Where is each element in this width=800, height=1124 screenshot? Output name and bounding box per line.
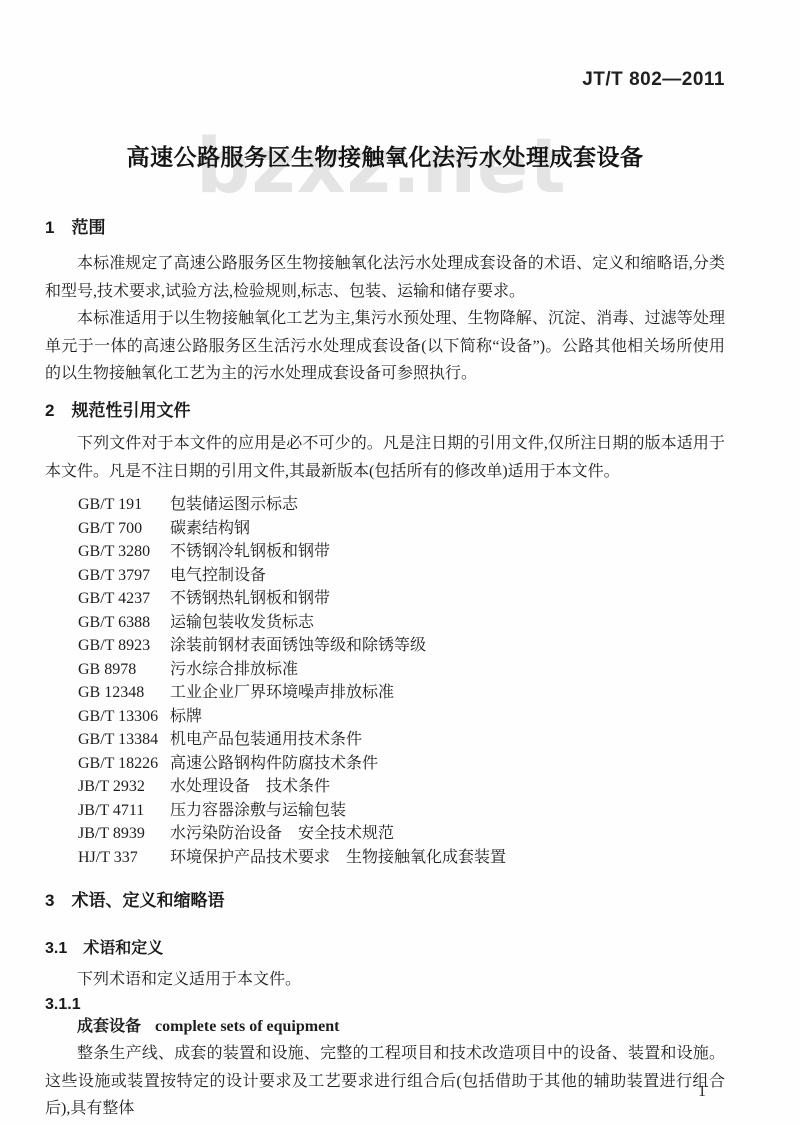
reference-title: 不锈钢冷轧钢板和钢带 bbox=[170, 540, 725, 564]
reference-item: JB/T 8939水污染防治设备 安全技术规范 bbox=[78, 822, 725, 846]
section-3-1-intro: 下列术语和定义适用于本文件。 bbox=[45, 966, 725, 994]
reference-code: JB/T 2932 bbox=[78, 775, 170, 799]
reference-code: GB 8978 bbox=[78, 658, 170, 682]
reference-title: 标牌 bbox=[170, 705, 725, 729]
section-2-intro: 下列文件对于本文件的应用是必不可少的。凡是注日期的引用文件,仅所注日期的版本适用… bbox=[45, 430, 725, 485]
reference-item: GB/T 3797电气控制设备 bbox=[78, 564, 725, 588]
reference-code: GB/T 13384 bbox=[78, 728, 170, 752]
reference-title: 污水综合排放标准 bbox=[170, 658, 725, 682]
reference-item: JB/T 2932水处理设备 技术条件 bbox=[78, 775, 725, 799]
term-definition-body: 整条生产线、成套的装置和设施、完整的工程项目和技术改造项目中的设备、装置和设施。… bbox=[45, 1040, 725, 1123]
document-page: bzxz.net JT/T 802—2011 高速公路服务区生物接触氧化法污水处… bbox=[0, 0, 800, 1124]
reference-code: JB/T 4711 bbox=[78, 799, 170, 823]
section-1-paragraph-1: 本标准规定了高速公路服务区生物接触氧化法污水处理成套设备的术语、定义和缩略语,分… bbox=[45, 250, 725, 305]
reference-item: GB/T 4237不锈钢热轧钢板和钢带 bbox=[78, 587, 725, 611]
standard-code: JT/T 802—2011 bbox=[45, 0, 725, 90]
reference-title: 环境保护产品技术要求 生物接触氧化成套装置 bbox=[170, 846, 725, 870]
section-2-heading: 2 规范性引用文件 bbox=[45, 401, 725, 421]
term-definition-title: 成套设备complete sets of equipment bbox=[45, 1014, 725, 1040]
reference-code: GB/T 13306 bbox=[78, 705, 170, 729]
reference-item: GB 12348工业企业厂界环境噪声排放标准 bbox=[78, 681, 725, 705]
section-1-heading: 1 范围 bbox=[45, 218, 725, 238]
reference-item: GB/T 191包装储运图示标志 bbox=[78, 493, 725, 517]
reference-item: HJ/T 337环境保护产品技术要求 生物接触氧化成套装置 bbox=[78, 846, 725, 870]
reference-item: GB/T 700碳素结构钢 bbox=[78, 517, 725, 541]
section-3-1-heading: 3.1 术语和定义 bbox=[45, 939, 725, 958]
references-list: GB/T 191包装储运图示标志GB/T 700碳素结构钢GB/T 3280不锈… bbox=[45, 493, 725, 869]
reference-item: GB 8978污水综合排放标准 bbox=[78, 658, 725, 682]
reference-title: 包装储运图示标志 bbox=[170, 493, 725, 517]
reference-item: GB/T 13384机电产品包装通用技术条件 bbox=[78, 728, 725, 752]
reference-item: GB/T 3280不锈钢冷轧钢板和钢带 bbox=[78, 540, 725, 564]
section-3-heading: 3 术语、定义和缩略语 bbox=[45, 891, 725, 911]
reference-code: HJ/T 337 bbox=[78, 846, 170, 870]
page-content: JT/T 802—2011 高速公路服务区生物接触氧化法污水处理成套设备 1 范… bbox=[0, 0, 800, 1123]
reference-item: GB/T 13306标牌 bbox=[78, 705, 725, 729]
reference-code: GB 12348 bbox=[78, 681, 170, 705]
reference-code: GB/T 3797 bbox=[78, 564, 170, 588]
reference-code: JB/T 8939 bbox=[78, 822, 170, 846]
reference-title: 工业企业厂界环境噪声排放标准 bbox=[170, 681, 725, 705]
section-3-1-1-number: 3.1.1 bbox=[45, 995, 725, 1014]
reference-item: GB/T 8923涂装前钢材表面锈蚀等级和除锈等级 bbox=[78, 634, 725, 658]
reference-code: GB/T 8923 bbox=[78, 634, 170, 658]
reference-title: 电气控制设备 bbox=[170, 564, 725, 588]
reference-title: 运输包装收发货标志 bbox=[170, 611, 725, 635]
term-english: complete sets of equipment bbox=[155, 1018, 339, 1035]
section-1-paragraph-2: 本标准适用于以生物接触氧化工艺为主,集污水预处理、生物降解、沉淀、消毒、过滤等处… bbox=[45, 305, 725, 388]
reference-code: GB/T 700 bbox=[78, 517, 170, 541]
reference-title: 碳素结构钢 bbox=[170, 517, 725, 541]
reference-item: JB/T 4711压力容器涂敷与运输包装 bbox=[78, 799, 725, 823]
reference-code: GB/T 6388 bbox=[78, 611, 170, 635]
reference-code: GB/T 191 bbox=[78, 493, 170, 517]
reference-code: GB/T 18226 bbox=[78, 752, 170, 776]
document-title: 高速公路服务区生物接触氧化法污水处理成套设备 bbox=[45, 143, 725, 172]
term-chinese: 成套设备 bbox=[77, 1018, 141, 1035]
page-number: 1 bbox=[698, 1083, 706, 1101]
reference-title: 水处理设备 技术条件 bbox=[170, 775, 725, 799]
reference-title: 不锈钢热轧钢板和钢带 bbox=[170, 587, 725, 611]
reference-item: GB/T 18226高速公路钢构件防腐技术条件 bbox=[78, 752, 725, 776]
reference-title: 水污染防治设备 安全技术规范 bbox=[170, 822, 725, 846]
reference-title: 高速公路钢构件防腐技术条件 bbox=[170, 752, 725, 776]
reference-title: 压力容器涂敷与运输包装 bbox=[170, 799, 725, 823]
reference-item: GB/T 6388运输包装收发货标志 bbox=[78, 611, 725, 635]
reference-code: GB/T 4237 bbox=[78, 587, 170, 611]
reference-code: GB/T 3280 bbox=[78, 540, 170, 564]
reference-title: 机电产品包装通用技术条件 bbox=[170, 728, 725, 752]
reference-title: 涂装前钢材表面锈蚀等级和除锈等级 bbox=[170, 634, 725, 658]
